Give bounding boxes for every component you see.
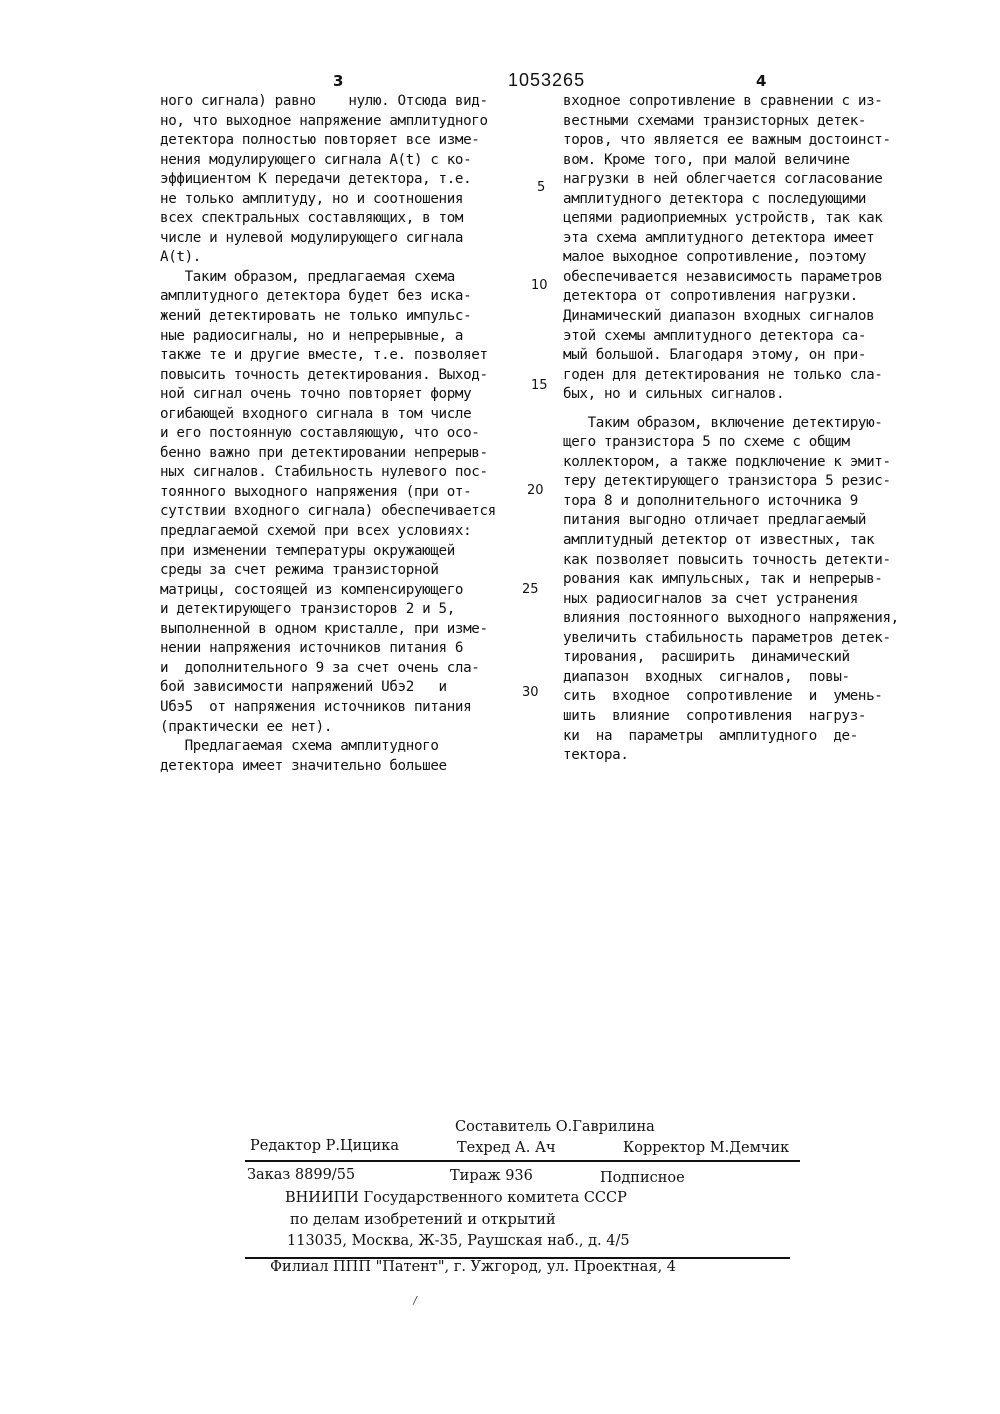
text-line: матрицы, состоящей из компенсирующего (160, 581, 520, 601)
text-line: ных радиосигналов за счет устранения (563, 590, 943, 610)
text-line: также те и другие вместе, т.е. позволяет (160, 346, 520, 366)
line-number-5: 5 (537, 180, 545, 195)
text-line: годен для детектирования не только сла- (563, 366, 943, 386)
text-line: вом. Кроме того, при малой величине (563, 151, 943, 171)
text-line: торов, что является ее важным достоинст- (563, 131, 943, 151)
text-line: амплитудного детектора будет без иска- (160, 287, 520, 307)
text-line: вестными схемами транзисторных детек- (563, 112, 943, 132)
text-line: ной сигнал очень точно повторяет форму (160, 385, 520, 405)
text-line: эффициентом К передачи детектора, т.е. (160, 170, 520, 190)
left-page-number: 3 (333, 72, 343, 90)
text-line: мый большой. Благодаря этому, он при- (563, 346, 943, 366)
text-line: детектора полностью повторяет все изме- (160, 131, 520, 151)
text-line: детектора имеет значительно большее (160, 757, 520, 777)
text-line: числе и нулевой модулирующего сигнала (160, 229, 520, 249)
text-line: этой схемы амплитудного детектора са- (563, 327, 943, 347)
text-line: влияния постоянного выходного напряжения… (563, 609, 943, 629)
branch-address: Филиал ППП "Патент", г. Ужгород, ул. Про… (270, 1259, 676, 1275)
text-line: амплитудного детектора с последующими (563, 190, 943, 210)
right-page-number: 4 (756, 72, 766, 90)
text-line: диапазон входных сигналов, повы- (563, 668, 943, 688)
text-line: Таким образом, предлагаемая схема (160, 268, 520, 288)
text-line: повысить точность детектирования. Выход- (160, 366, 520, 386)
line-number-20: 20 (527, 483, 544, 498)
text-line: коллектором, а также подключение к эмит- (563, 453, 943, 473)
subscription: Подписное (600, 1170, 685, 1186)
compiler: Составитель О.Гаврилина (455, 1119, 655, 1135)
text-line: Uбэ5 от напряжения источников питания (160, 698, 520, 718)
text-line: бых, но и сильных сигналов. (563, 385, 943, 405)
text-line: бенно важно при детектировании непрерыв- (160, 444, 520, 464)
org-line-2: по делам изобретений и открытий (290, 1212, 556, 1228)
org-address: 113035, Москва, Ж-35, Раушская наб., д. … (287, 1233, 630, 1249)
text-line: щего транзистора 5 по схеме с общим (563, 433, 943, 453)
text-line: и его постоянную составляющую, что осо- (160, 424, 520, 444)
text-line: не только амплитуду, но и соотношения (160, 190, 520, 210)
scan-mark: / (412, 1294, 419, 1307)
text-line: тирования, расширить динамический (563, 648, 943, 668)
org-line-1: ВНИИПИ Государственного комитета СССР (285, 1190, 627, 1206)
line-number-10: 10 (531, 278, 548, 293)
text-line: сутствии входного сигнала) обеспечиваетс… (160, 502, 520, 522)
text-line: рования как импульсных, так и непрерыв- (563, 570, 943, 590)
text-line: ного сигнала) равно нулю. Отсюда вид- (160, 92, 520, 112)
text-line: A(t). (160, 248, 520, 268)
line-number-15: 15 (531, 378, 548, 393)
text-line: увеличить стабильность параметров детек- (563, 629, 943, 649)
editor: Редактор Р.Цицика (250, 1138, 399, 1154)
text-line: предлагаемой схемой при всех условиях: (160, 522, 520, 542)
text-line: цепями радиоприемных устройств, так как (563, 209, 943, 229)
text-line: обеспечивается независимость параметров (563, 268, 943, 288)
line-number-30: 30 (522, 685, 539, 700)
text-line: детектора от сопротивления нагрузки. (563, 287, 943, 307)
text-line: ных сигналов. Стабильность нулевого пос- (160, 463, 520, 483)
text-line: при изменении температуры окружающей (160, 542, 520, 562)
text-line: тектора. (563, 746, 943, 766)
text-line: но, что выходное напряжение амплитудного (160, 112, 520, 132)
text-line: амплитудный детектор от известных, так (563, 531, 943, 551)
left-column: ного сигнала) равно нулю. Отсюда вид- но… (160, 92, 520, 776)
order-number: Заказ 8899/55 (247, 1167, 355, 1183)
text-line: шить влияние сопротивления нагруз- (563, 707, 943, 727)
text-line: Таким образом, включение детектирую- (563, 414, 943, 434)
text-line: тоянного выходного напряжения (при от- (160, 483, 520, 503)
text-line: нении напряжения источников питания 6 (160, 639, 520, 659)
text-line: малое выходное сопротивление, поэтому (563, 248, 943, 268)
text-line: ки на параметры амплитудного де- (563, 727, 943, 747)
text-line: нения модулирующего сигнала A(t) с ко- (160, 151, 520, 171)
text-line: и детектирующего транзисторов 2 и 5, (160, 600, 520, 620)
text-line: и дополнительного 9 за счет очень сла- (160, 659, 520, 679)
text-line: жений детектировать не только импульс- (160, 307, 520, 327)
paragraph-gap (563, 405, 943, 414)
text-line: выполненной в одном кристалле, при изме- (160, 620, 520, 640)
text-line: теру детектирующего транзистора 5 резис- (563, 472, 943, 492)
right-column: входное сопротивление в сравнении с из- … (563, 92, 943, 766)
text-line: Предлагаемая схема амплитудного (160, 737, 520, 757)
document-number: 1053265 (508, 70, 585, 91)
text-line: (практически ее нет). (160, 718, 520, 738)
text-line: входное сопротивление в сравнении с из- (563, 92, 943, 112)
tech-editor: Техред А. Ач (457, 1140, 556, 1156)
text-line: ные радиосигналы, но и непрерывные, а (160, 327, 520, 347)
text-line: всех спектральных составляющих, в том (160, 209, 520, 229)
text-line: сить входное сопротивление и умень- (563, 687, 943, 707)
circulation: Тираж 936 (450, 1168, 533, 1184)
text-line: огибающей входного сигнала в том числе (160, 405, 520, 425)
text-line: среды за счет режима транзисторной (160, 561, 520, 581)
text-line: питания выгодно отличает предлагаемый (563, 511, 943, 531)
line-number-25: 25 (522, 582, 539, 597)
divider-top (245, 1160, 800, 1162)
text-line: нагрузки в ней облегчается согласование (563, 170, 943, 190)
corrector: Корректор М.Демчик (623, 1140, 789, 1156)
text-line: бой зависимости напряжений Uбэ2 и (160, 678, 520, 698)
imprint-block: Составитель О.Гаврилина Редактор Р.Цицик… (245, 1115, 800, 1295)
text-line: эта схема амплитудного детектора имеет (563, 229, 943, 249)
text-line: Динамический диапазон входных сигналов (563, 307, 943, 327)
text-line: как позволяет повысить точность детекти- (563, 551, 943, 571)
text-line: тора 8 и дополнительного источника 9 (563, 492, 943, 512)
